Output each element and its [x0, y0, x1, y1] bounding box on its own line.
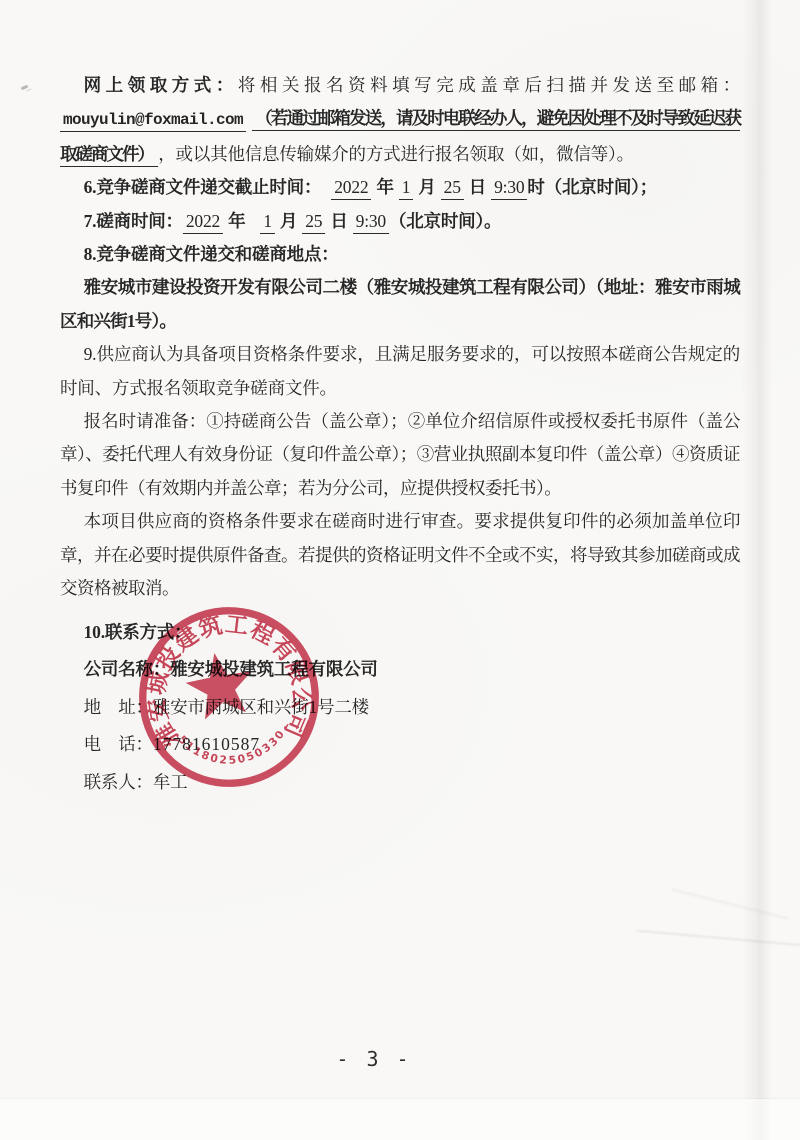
item-9-supplier-eligibility: 9.供应商认为具备项目资格条件要求，且满足服务要求的，可以按照本磋商公告规定的时… — [60, 338, 740, 405]
paragraph-location-address: 雅安城市建设投资开发有限公司二楼（雅安城投建筑工程有限公司）（地址：雅安市雨城区… — [60, 271, 740, 338]
item-7-month: 1 — [260, 211, 275, 234]
item-6-time: 9:30 — [491, 177, 527, 200]
item-6-submission-deadline: 6.竞争磋商文件递交截止时间：2022年1月25日9:30时（北京时间）； — [60, 171, 740, 204]
online-pickup-intro: 将相关报名资料填写完成盖章后扫描并发送至邮箱： — [238, 75, 740, 95]
item-6-year-unit: 年 — [376, 177, 393, 197]
page-number: - 3 - — [0, 1047, 774, 1071]
item-6-label: 6.竞争磋商文件递交截止时间： — [84, 177, 322, 197]
email-text: mouyulin@foxmail.com — [60, 111, 246, 132]
scan-speck — [21, 85, 29, 91]
item-6-day-unit: 日 — [469, 177, 486, 197]
item-8-location-heading: 8.竞争磋商文件递交和磋商地点： — [60, 238, 740, 271]
item-7-tail: （北京时间）。 — [389, 211, 501, 231]
paper-bottom-band — [0, 1099, 800, 1140]
official-seal: 雅安城投建筑工程有限公司 5118025050330 — [124, 592, 333, 801]
item-7-negotiation-time: 7.磋商时间：2022年1月25日9:30（北京时间）。 — [60, 205, 740, 238]
item-6-tail: 时（北京时间）； — [527, 177, 657, 197]
paragraph-online-pickup: 网上领取方式：将相关报名资料填写完成盖章后扫描并发送至邮箱：mouyulin@f… — [60, 69, 740, 171]
online-pickup-tail: ，或以其他信息传输媒介的方式进行报名领取（如，微信等）。 — [158, 144, 634, 164]
item-6-day: 25 — [441, 177, 464, 200]
item-7-day: 25 — [302, 211, 325, 234]
paper-crease-diagonal — [636, 930, 800, 949]
item-7-day-unit: 日 — [330, 211, 347, 231]
item-6-month-unit: 月 — [418, 177, 435, 197]
item-7-year-unit: 年 — [228, 211, 245, 231]
item-7-month-unit: 月 — [280, 211, 297, 231]
paper-crease-vertical — [742, 0, 772, 1140]
item-7-label: 7.磋商时间： — [84, 211, 183, 231]
item-7-year: 2022 — [183, 211, 223, 234]
online-pickup-label: 网上领取方式： — [84, 75, 238, 95]
paragraph-qualification-review: 本项目供应商的资格条件要求在磋商时进行审查。要求提供复印件的必须加盖单位印章，并… — [60, 505, 740, 605]
paragraph-signup-requirements: 报名时请准备：①持磋商公告（盖公章）；②单位介绍信原件或授权委托书原件（盖公章）… — [60, 405, 740, 505]
scanned-document-page: 网上领取方式：将相关报名资料填写完成盖章后扫描并发送至邮箱：mouyulin@f… — [0, 0, 800, 1140]
seal-code-text: 5118025050330 — [175, 726, 290, 771]
item-7-time: 9:30 — [353, 211, 389, 234]
item-6-year: 2022 — [331, 177, 371, 200]
item-6-month: 1 — [399, 177, 414, 200]
star-icon — [181, 647, 258, 721]
